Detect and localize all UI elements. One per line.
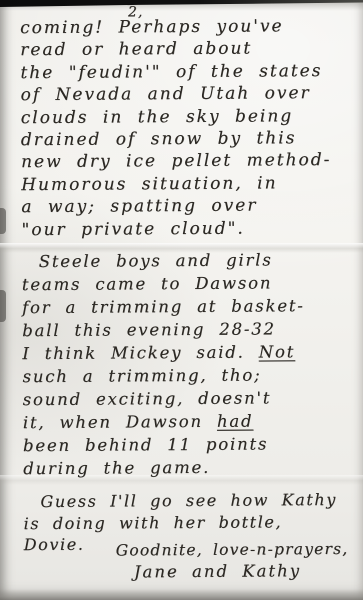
letter-line: been behind 11 points: [23, 432, 356, 457]
paragraph-basketball: Steele boys and girls teams came to Daws…: [22, 248, 357, 480]
letter-line: drained of snow by this: [21, 127, 354, 152]
letter-scan: 2, coming! Perhaps you've read or heard …: [0, 0, 363, 600]
letter-line: during the game.: [23, 455, 356, 480]
letter-line: new dry ice pellet method-: [21, 149, 354, 174]
letter-line: is doing with her bottle,: [23, 510, 356, 534]
letter-line: read or heard about: [20, 37, 353, 62]
paper-edge-mark: [0, 208, 6, 234]
letter-line: it, when Dawson had: [23, 409, 356, 434]
letter-line-segment: it, when Dawson: [23, 412, 217, 432]
letter-line: Guess I'll go see how Kathy: [23, 489, 356, 513]
handwritten-text: 2, coming! Perhaps you've read or heard …: [20, 15, 357, 584]
letter-line: Steele boys and girls: [22, 248, 355, 273]
paper-edge-mark: [0, 290, 6, 322]
letter-line: for a trimming at basket-: [22, 294, 355, 319]
paper-edge-bottom: [0, 589, 363, 600]
letter-line: "our private cloud".: [21, 216, 354, 241]
paragraph-weather-feud: coming! Perhaps you've read or heard abo…: [20, 15, 355, 241]
underlined-word: had: [217, 412, 254, 431]
letter-line: the "feudin'" of the states: [20, 60, 353, 85]
letter-line: Humorous situation, in: [21, 172, 354, 197]
letter-line: sound exciting, doesn't: [23, 386, 356, 411]
letter-line: coming! Perhaps you've: [20, 15, 353, 40]
letter-line: I think Mickey said. Not: [22, 340, 355, 365]
letter-line: clouds in the sky being: [21, 104, 354, 129]
letter-line: a way; spatting over: [21, 194, 354, 219]
letter-line: teams came to Dawson: [22, 271, 355, 296]
letter-line: such a trimming, tho;: [22, 363, 355, 388]
page-number: 2,: [128, 4, 143, 20]
signature: Jane and Kathy: [24, 559, 357, 583]
letter-line: of Nevada and Utah over: [20, 82, 353, 107]
underlined-word: Not: [259, 342, 296, 361]
letter-line-segment: I think Mickey said.: [22, 343, 258, 364]
letter-line: ball this evening 28-32: [22, 317, 355, 342]
